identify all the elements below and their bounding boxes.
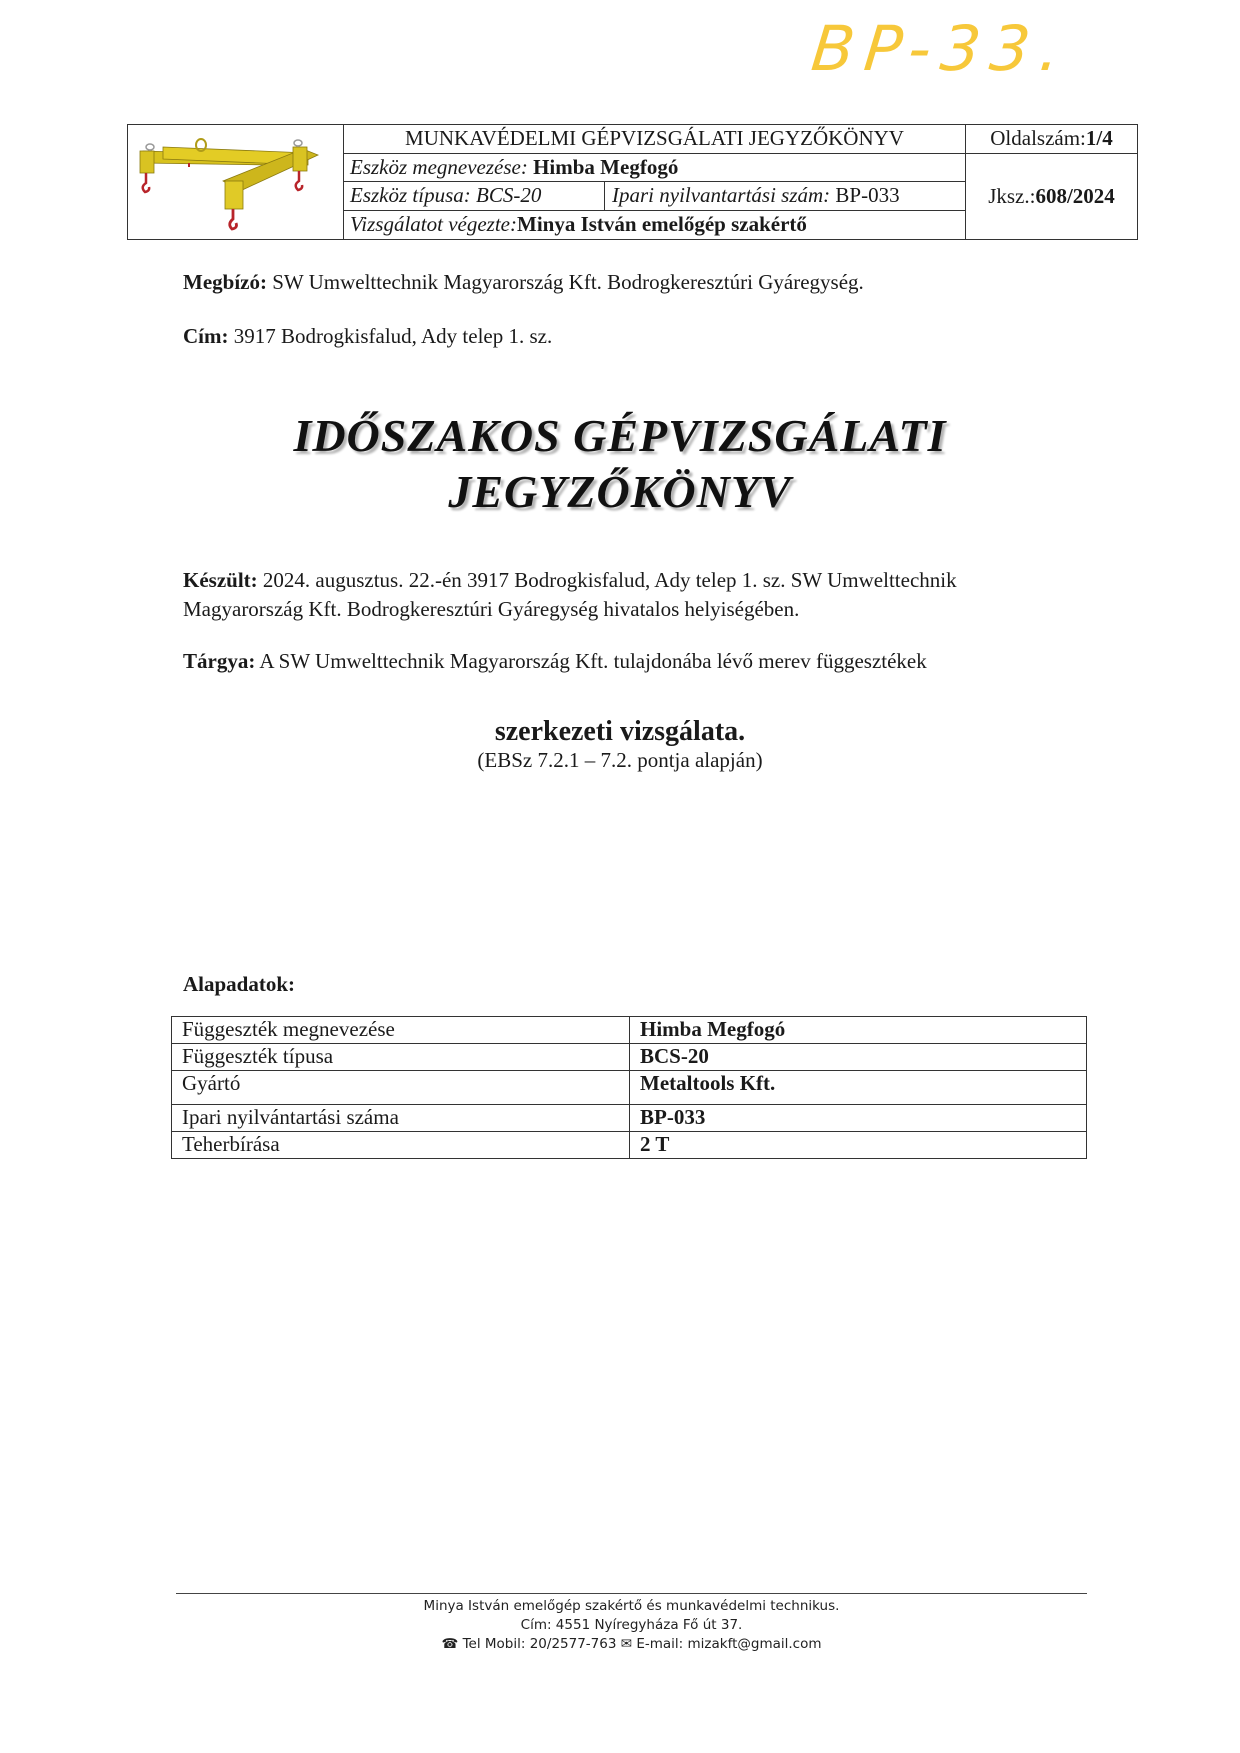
- record-label: Jksz.:: [988, 184, 1035, 209]
- basic-data-heading: Alapadatok:: [183, 972, 295, 997]
- record-number: Jksz.:608/2024: [966, 154, 1137, 240]
- row-key: Függeszték típusa: [172, 1044, 630, 1071]
- header-table: MUNKAVÉDELMI GÉPVIZSGÁLATI JEGYZŐKÖNYV E…: [127, 124, 1138, 240]
- footer-contact: ☎ Tel Mobil: 20/2577-763 ✉ E-mail: mizak…: [176, 1635, 1087, 1654]
- made-label: Készült:: [183, 568, 258, 592]
- made-value: 2024. augusztus. 22.-én 3917 Bodrogkisfa…: [183, 568, 957, 621]
- device-name-label: Eszköz megnevezése:: [350, 155, 528, 179]
- row-key: Teherbírása: [172, 1132, 630, 1159]
- title-line-2: JEGYZŐKÖNYV: [200, 464, 1040, 520]
- telephone-icon: ☎: [441, 1636, 458, 1652]
- document-title: IDŐSZAKOS GÉPVIZSGÁLATI JEGYZŐKÖNYV: [200, 408, 1040, 520]
- page-label: Oldalszám:: [990, 126, 1086, 150]
- address-line: Cím: 3917 Bodrogkisfalud, Ady telep 1. s…: [183, 322, 1083, 351]
- address-label: Cím:: [183, 324, 229, 348]
- row-value: BP-033: [630, 1105, 1087, 1132]
- row-value: Metaltools Kft.: [630, 1071, 1087, 1105]
- cell-divider: [604, 182, 605, 210]
- inspector-value: Minya István emelőgép szakértő: [517, 212, 807, 236]
- subject-label: Tárgya:: [183, 649, 255, 673]
- registry-value: BP-033: [835, 183, 899, 207]
- page-number: Oldalszám:1/4: [966, 125, 1137, 154]
- client-line: Megbízó: SW Umwelttechnik Magyarország K…: [183, 268, 1083, 297]
- registry-label: Ipari nyilvantartási szám:: [612, 183, 830, 207]
- footer-phone: Tel Mobil: 20/2577-763: [463, 1636, 617, 1652]
- device-type-row: Eszköz típusa: BCS-20 Ipari nyilvantartá…: [344, 182, 965, 211]
- form-title: MUNKAVÉDELMI GÉPVIZSGÁLATI JEGYZŐKÖNYV: [344, 125, 965, 154]
- basic-data-table: Függeszték megnevezése Himba Megfogó Füg…: [171, 1016, 1087, 1159]
- footer-divider: [176, 1593, 1087, 1594]
- device-name-row: Eszköz megnevezése: Himba Megfogó: [344, 154, 965, 183]
- table-row: Ipari nyilvántartási száma BP-033: [172, 1105, 1087, 1132]
- device-name-value: Himba Megfogó: [533, 155, 678, 179]
- registry-cell: Ipari nyilvantartási szám: BP-033: [612, 182, 900, 209]
- footer-name: Minya István emelőgép szakértő és munkav…: [176, 1597, 1087, 1616]
- envelope-icon: ✉: [621, 1636, 632, 1652]
- made-paragraph: Készült: 2024. augusztus. 22.-én 3917 Bo…: [183, 566, 1073, 624]
- device-type-label: Eszköz típusa:: [350, 183, 471, 207]
- client-value: SW Umwelttechnik Magyarország Kft. Bodro…: [272, 270, 864, 294]
- handwritten-annotation: BP-33.: [809, 18, 1073, 80]
- table-row: Teherbírása 2 T: [172, 1132, 1087, 1159]
- subtitle: szerkezeti vizsgálata.: [320, 716, 920, 748]
- page-value: 1/4: [1086, 126, 1113, 150]
- subject-line: Tárgya: A SW Umwelttechnik Magyarország …: [183, 647, 1083, 676]
- row-key: Függeszték megnevezése: [172, 1017, 630, 1044]
- footer: Minya István emelőgép szakértő és munkav…: [176, 1597, 1087, 1654]
- table-row: Függeszték megnevezése Himba Megfogó: [172, 1017, 1087, 1044]
- header-center: MUNKAVÉDELMI GÉPVIZSGÁLATI JEGYZŐKÖNYV E…: [344, 125, 966, 239]
- row-value: 2 T: [630, 1132, 1087, 1159]
- footer-email: E-mail: mizakft@gmail.com: [636, 1636, 821, 1652]
- inspector-label: Vizsgálatot végezte:: [350, 212, 517, 236]
- header-right: Oldalszám:1/4 Jksz.:608/2024: [966, 125, 1137, 239]
- subject-value: A SW Umwelttechnik Magyarország Kft. tul…: [259, 649, 926, 673]
- lifting-beam-image: [128, 125, 344, 239]
- title-line-1: IDŐSZAKOS GÉPVIZSGÁLATI: [200, 408, 1040, 464]
- row-key: Gyártó: [172, 1071, 630, 1105]
- table-row: Gyártó Metaltools Kft.: [172, 1071, 1087, 1105]
- regulation-note: (EBSz 7.2.1 – 7.2. pontja alapján): [320, 748, 920, 773]
- device-type-value: BCS-20: [476, 183, 541, 207]
- row-value: Himba Megfogó: [630, 1017, 1087, 1044]
- footer-address: Cím: 4551 Nyíregyháza Fő út 37.: [176, 1616, 1087, 1635]
- address-value: 3917 Bodrogkisfalud, Ady telep 1. sz.: [234, 324, 552, 348]
- inspector-row: Vizsgálatot végezte:Minya István emelőgé…: [344, 211, 965, 240]
- client-label: Megbízó:: [183, 270, 267, 294]
- row-value: BCS-20: [630, 1044, 1087, 1071]
- record-value: 608/2024: [1035, 184, 1114, 209]
- table-row: Függeszték típusa BCS-20: [172, 1044, 1087, 1071]
- row-key: Ipari nyilvántartási száma: [172, 1105, 630, 1132]
